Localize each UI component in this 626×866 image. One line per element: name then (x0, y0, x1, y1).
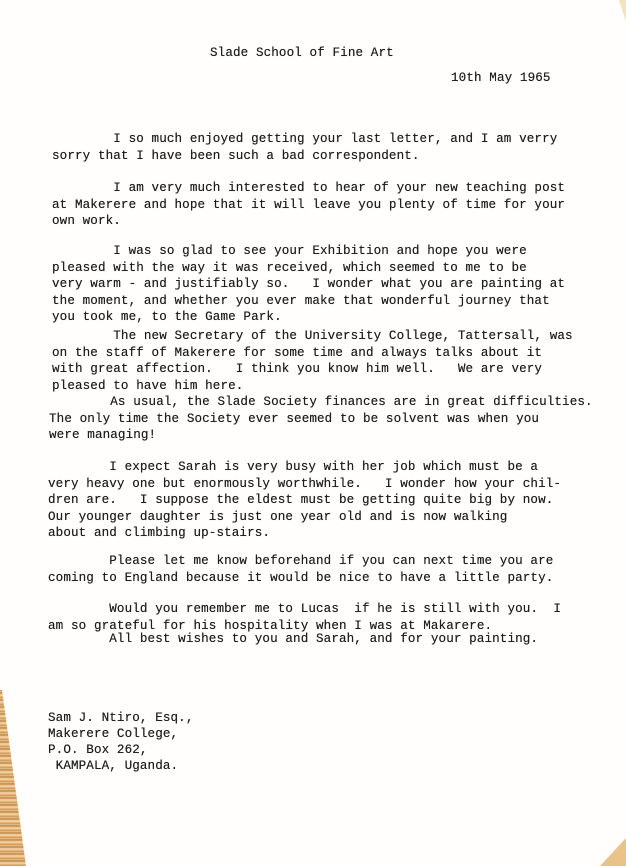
paragraph-line: I am very much interested to hear of you… (52, 180, 565, 197)
paragraph-line: were managing! (49, 427, 156, 444)
address-line: KAMPALA, Uganda. (48, 758, 178, 775)
paragraph-line: The new Secretary of the University Coll… (52, 328, 573, 345)
paragraph-line: own work. (52, 213, 121, 230)
paragraph-line: Would you remember me to Lucas if he is … (48, 601, 561, 618)
paragraph-line: with great affection. I think you know h… (52, 361, 542, 378)
paragraph-line: As usual, the Slade Society finances are… (49, 394, 593, 411)
address-line: P.O. Box 262, (48, 742, 148, 759)
paragraph-line: dren are. I suppose the eldest must be g… (48, 492, 553, 509)
letterhead: Slade School of Fine Art (210, 45, 394, 62)
paragraph-line: All best wishes to you and Sarah, and fo… (48, 631, 538, 648)
paragraph-line: on the staff of Makerere for some time a… (52, 345, 542, 362)
paragraph-line: about and climbing up-stairs. (48, 525, 270, 542)
paragraph-line: pleased to have him here. (52, 378, 243, 395)
paragraph-line: Please let me know beforehand if you can… (48, 553, 553, 570)
paragraph-line: The only time the Society ever seemed to… (49, 411, 539, 428)
paragraph-line: Our younger daughter is just one year ol… (48, 509, 507, 526)
paragraph-line: you took me, to the Game Park. (52, 309, 282, 326)
paragraph-line: I expect Sarah is very busy with her job… (48, 459, 538, 476)
paragraph-line: coming to England because it would be ni… (48, 570, 553, 587)
paragraph-line: I was so glad to see your Exhibition and… (52, 243, 527, 260)
address-line: Sam J. Ntiro, Esq., (48, 710, 194, 727)
paragraph-line: sorry that I have been such a bad corres… (52, 148, 420, 165)
letter-date: 10th May 1965 (451, 70, 551, 87)
paragraph-line: very warm - and justifiably so. I wonder… (52, 276, 565, 293)
paragraph-line: I so much enjoyed getting your last lett… (52, 131, 557, 148)
paragraph-line: very heavy one but enormously worthwhile… (48, 476, 561, 493)
address-line: Makerere College, (48, 726, 178, 743)
letter-page: Slade School of Fine Art 10th May 1965 I… (0, 0, 626, 866)
paragraph-line: pleased with the way it was received, wh… (52, 260, 527, 277)
paragraph-line: at Makerere and hope that it will leave … (52, 197, 565, 214)
paragraph-line: the moment, and whether you ever make th… (52, 293, 550, 310)
